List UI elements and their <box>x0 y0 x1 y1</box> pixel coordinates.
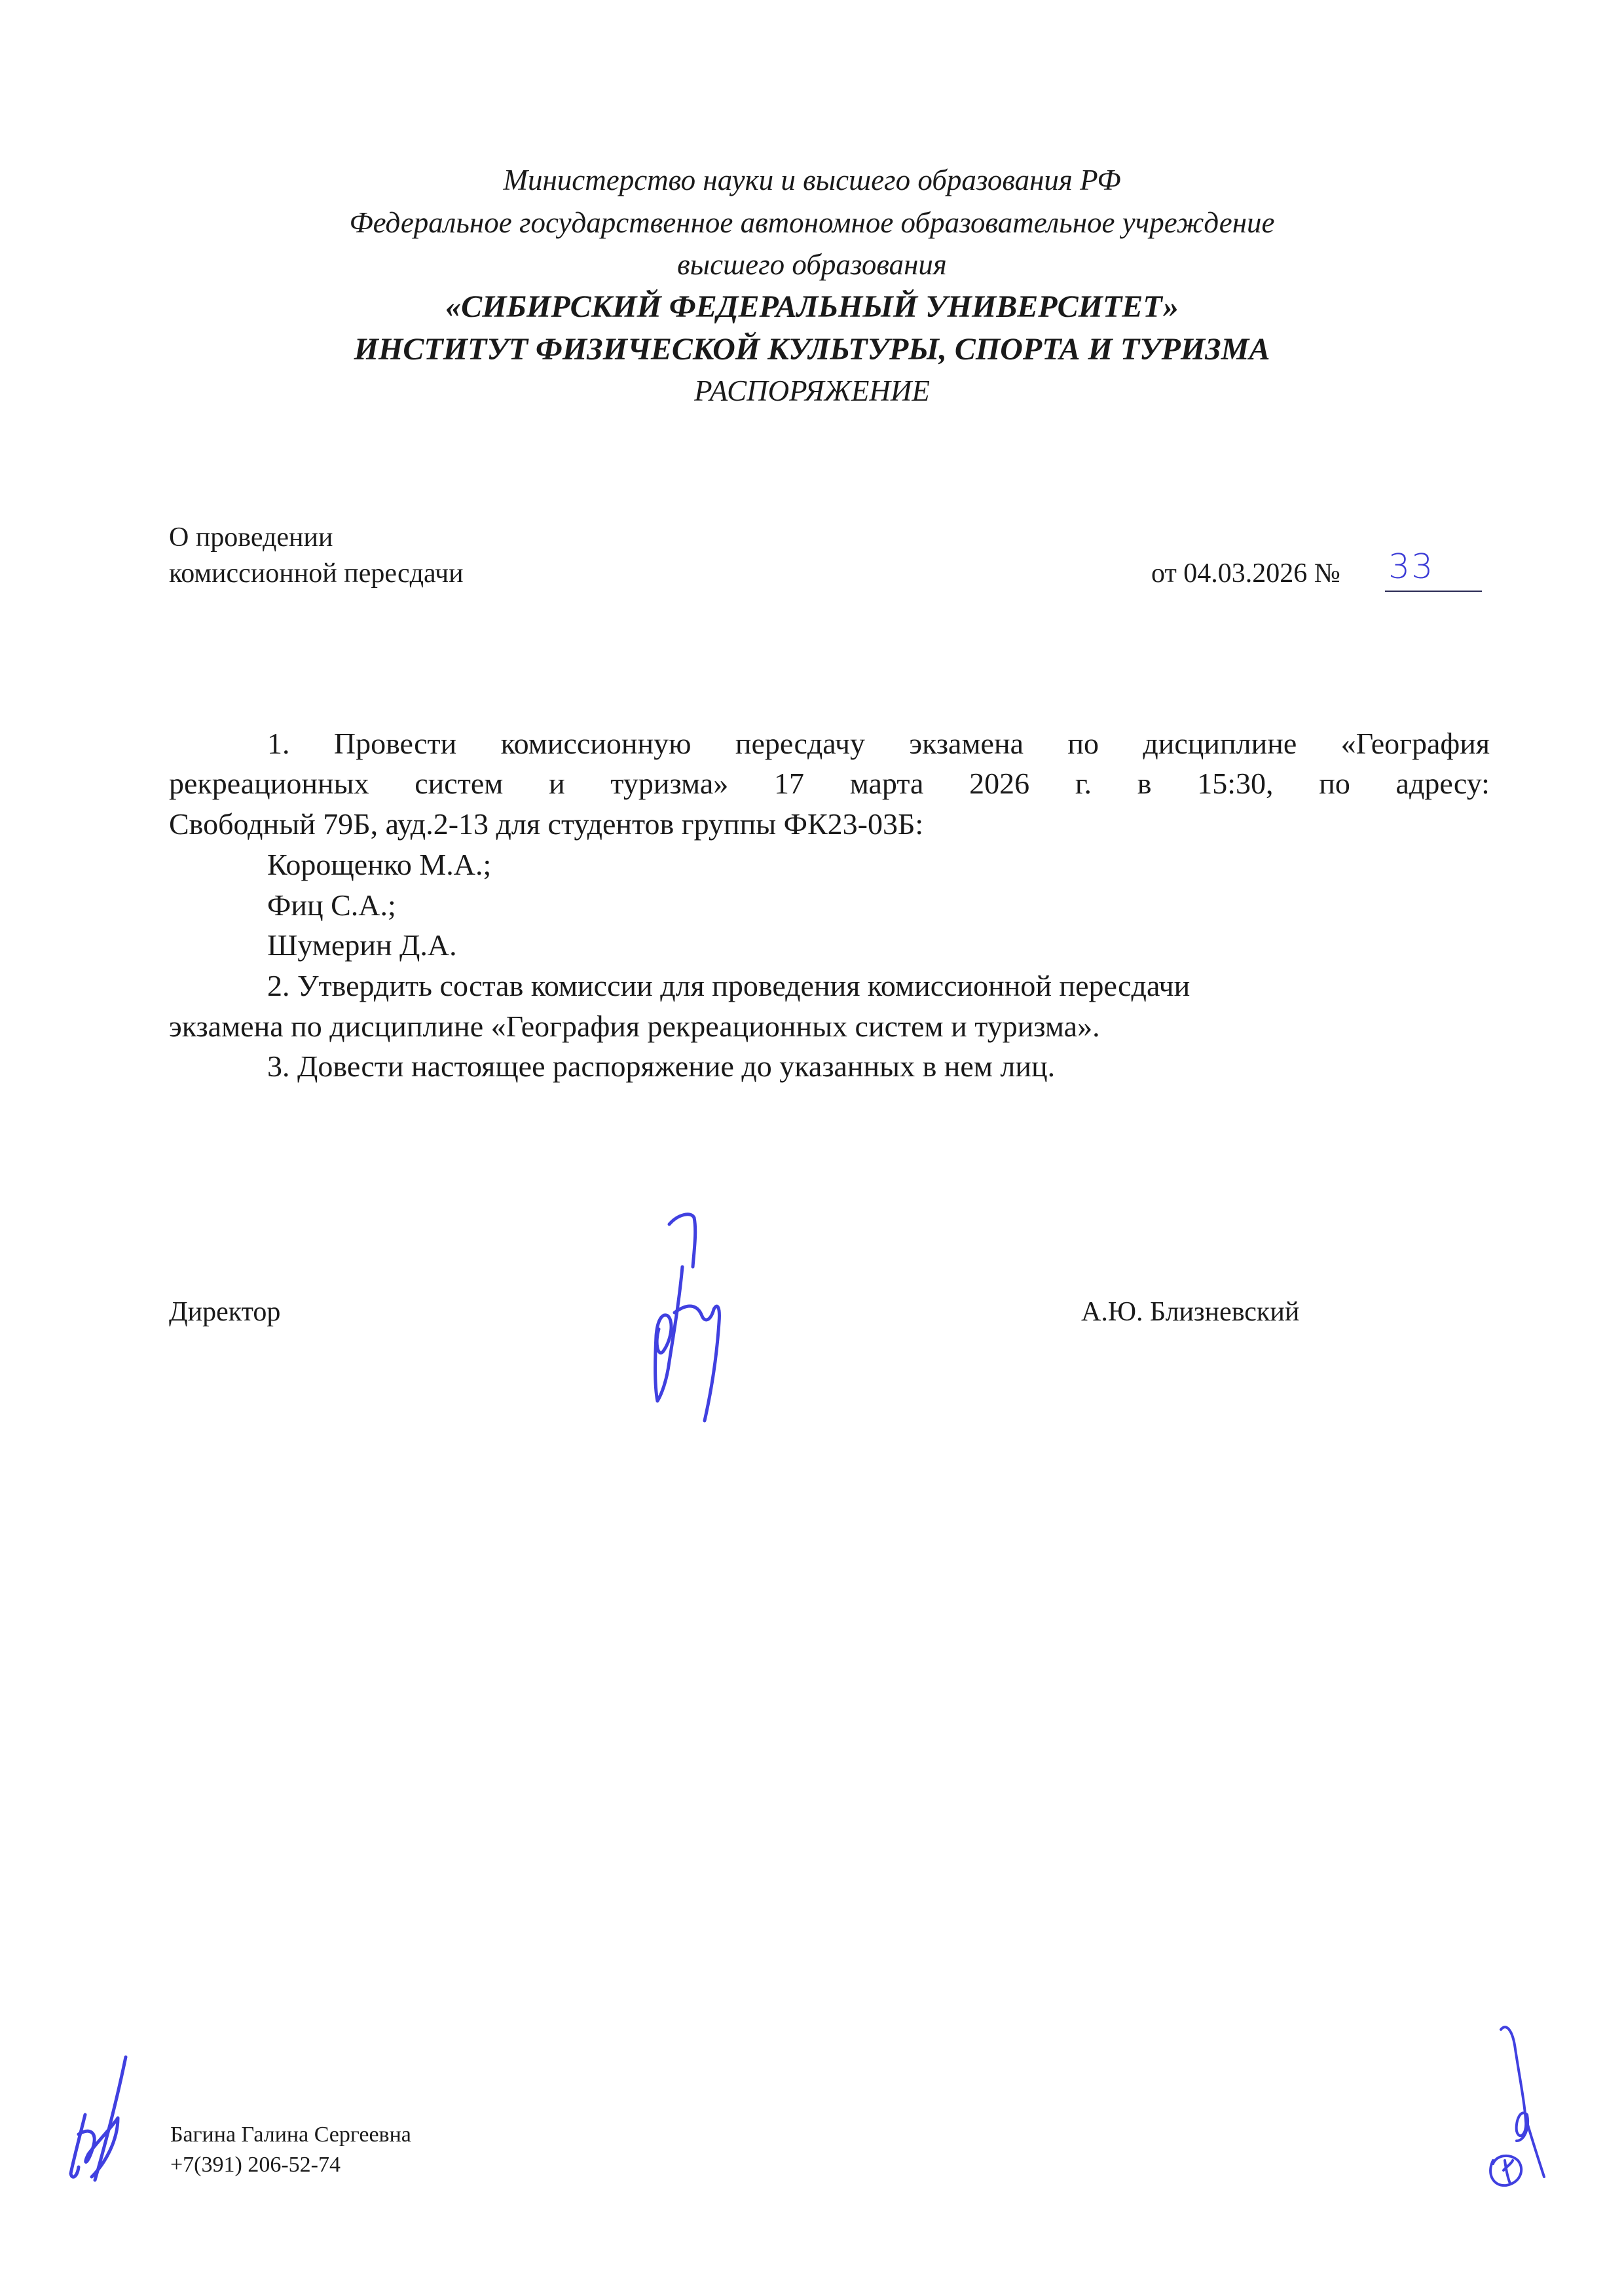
document-number-underline <box>1385 591 1482 592</box>
word: 17 <box>774 769 804 799</box>
institution-type-line: Федеральное государственное автономное о… <box>0 208 1624 238</box>
word: Провести <box>334 729 456 759</box>
director-signature-icon <box>629 1205 838 1427</box>
word: систем <box>415 769 503 799</box>
institute-name: ИНСТИТУТ ФИЗИЧЕСКОЙ КУЛЬТУРЫ, СПОРТА И Т… <box>0 334 1624 365</box>
signatory-name: А.Ю. Близневский <box>1081 1298 1299 1326</box>
university-name: «СИБИРСКИЙ ФЕДЕРАЛЬНЫЙ УНИВЕРСИТЕТ» <box>0 291 1624 323</box>
institution-type-line-2: высшего образования <box>0 250 1624 280</box>
student-3: Шумерин Д.А. <box>267 930 457 960</box>
executor-signature-icon <box>52 2049 144 2193</box>
word: в <box>1137 769 1152 799</box>
word: «География <box>1341 729 1490 759</box>
ministry-line: Министерство науки и высшего образования… <box>0 166 1624 195</box>
document-date: от 04.03.2026 № <box>1151 560 1340 587</box>
student-2: Фиц С.А.; <box>267 890 396 920</box>
item-2-line-2: экзамена по дисциплине «География рекреа… <box>169 1011 1100 1042</box>
executor-name: Багина Галина Сергеевна <box>170 2124 411 2146</box>
word: 15:30, <box>1197 769 1273 799</box>
word: и <box>549 769 565 799</box>
item-3: 3. Довести настоящее распоряжение до ука… <box>267 1051 1055 1082</box>
item-1-line-2: рекреационныхсистемитуризма»17марта2026г… <box>169 769 1490 799</box>
word: туризма» <box>610 769 728 799</box>
document-type: РАСПОРЯЖЕНИЕ <box>0 376 1624 406</box>
word: по <box>1319 769 1350 799</box>
subject-line-1: О проведении <box>169 524 333 551</box>
word: пересдачу <box>735 729 865 759</box>
word: по <box>1067 729 1099 759</box>
item-1-line-1: 1.Провестикомиссионнуюпересдачуэкзаменап… <box>267 729 1490 759</box>
executor-phone: +7(391) 206-52-74 <box>170 2154 341 2176</box>
document-number: 33 <box>1388 550 1434 584</box>
word: экзамена <box>909 729 1024 759</box>
word: комиссионную <box>501 729 692 759</box>
item-2-line-1: 2. Утвердить состав комиссии для проведе… <box>267 971 1190 1001</box>
word: 1. <box>267 729 290 759</box>
word: адресу: <box>1396 769 1490 799</box>
item-1-line-3: Свободный 79Б, ауд.2-13 для студентов гр… <box>169 809 923 839</box>
word: рекреационных <box>169 769 369 799</box>
word: дисциплине <box>1143 729 1297 759</box>
word: г. <box>1075 769 1092 799</box>
student-1: Корощенко М.А.; <box>267 850 491 880</box>
signatory-position: Директор <box>169 1298 280 1326</box>
word: марта <box>850 769 924 799</box>
word: 2026 <box>969 769 1029 799</box>
approval-signature-icon <box>1467 2003 1559 2193</box>
subject-line-2: комиссионной пересдачи <box>169 560 464 587</box>
